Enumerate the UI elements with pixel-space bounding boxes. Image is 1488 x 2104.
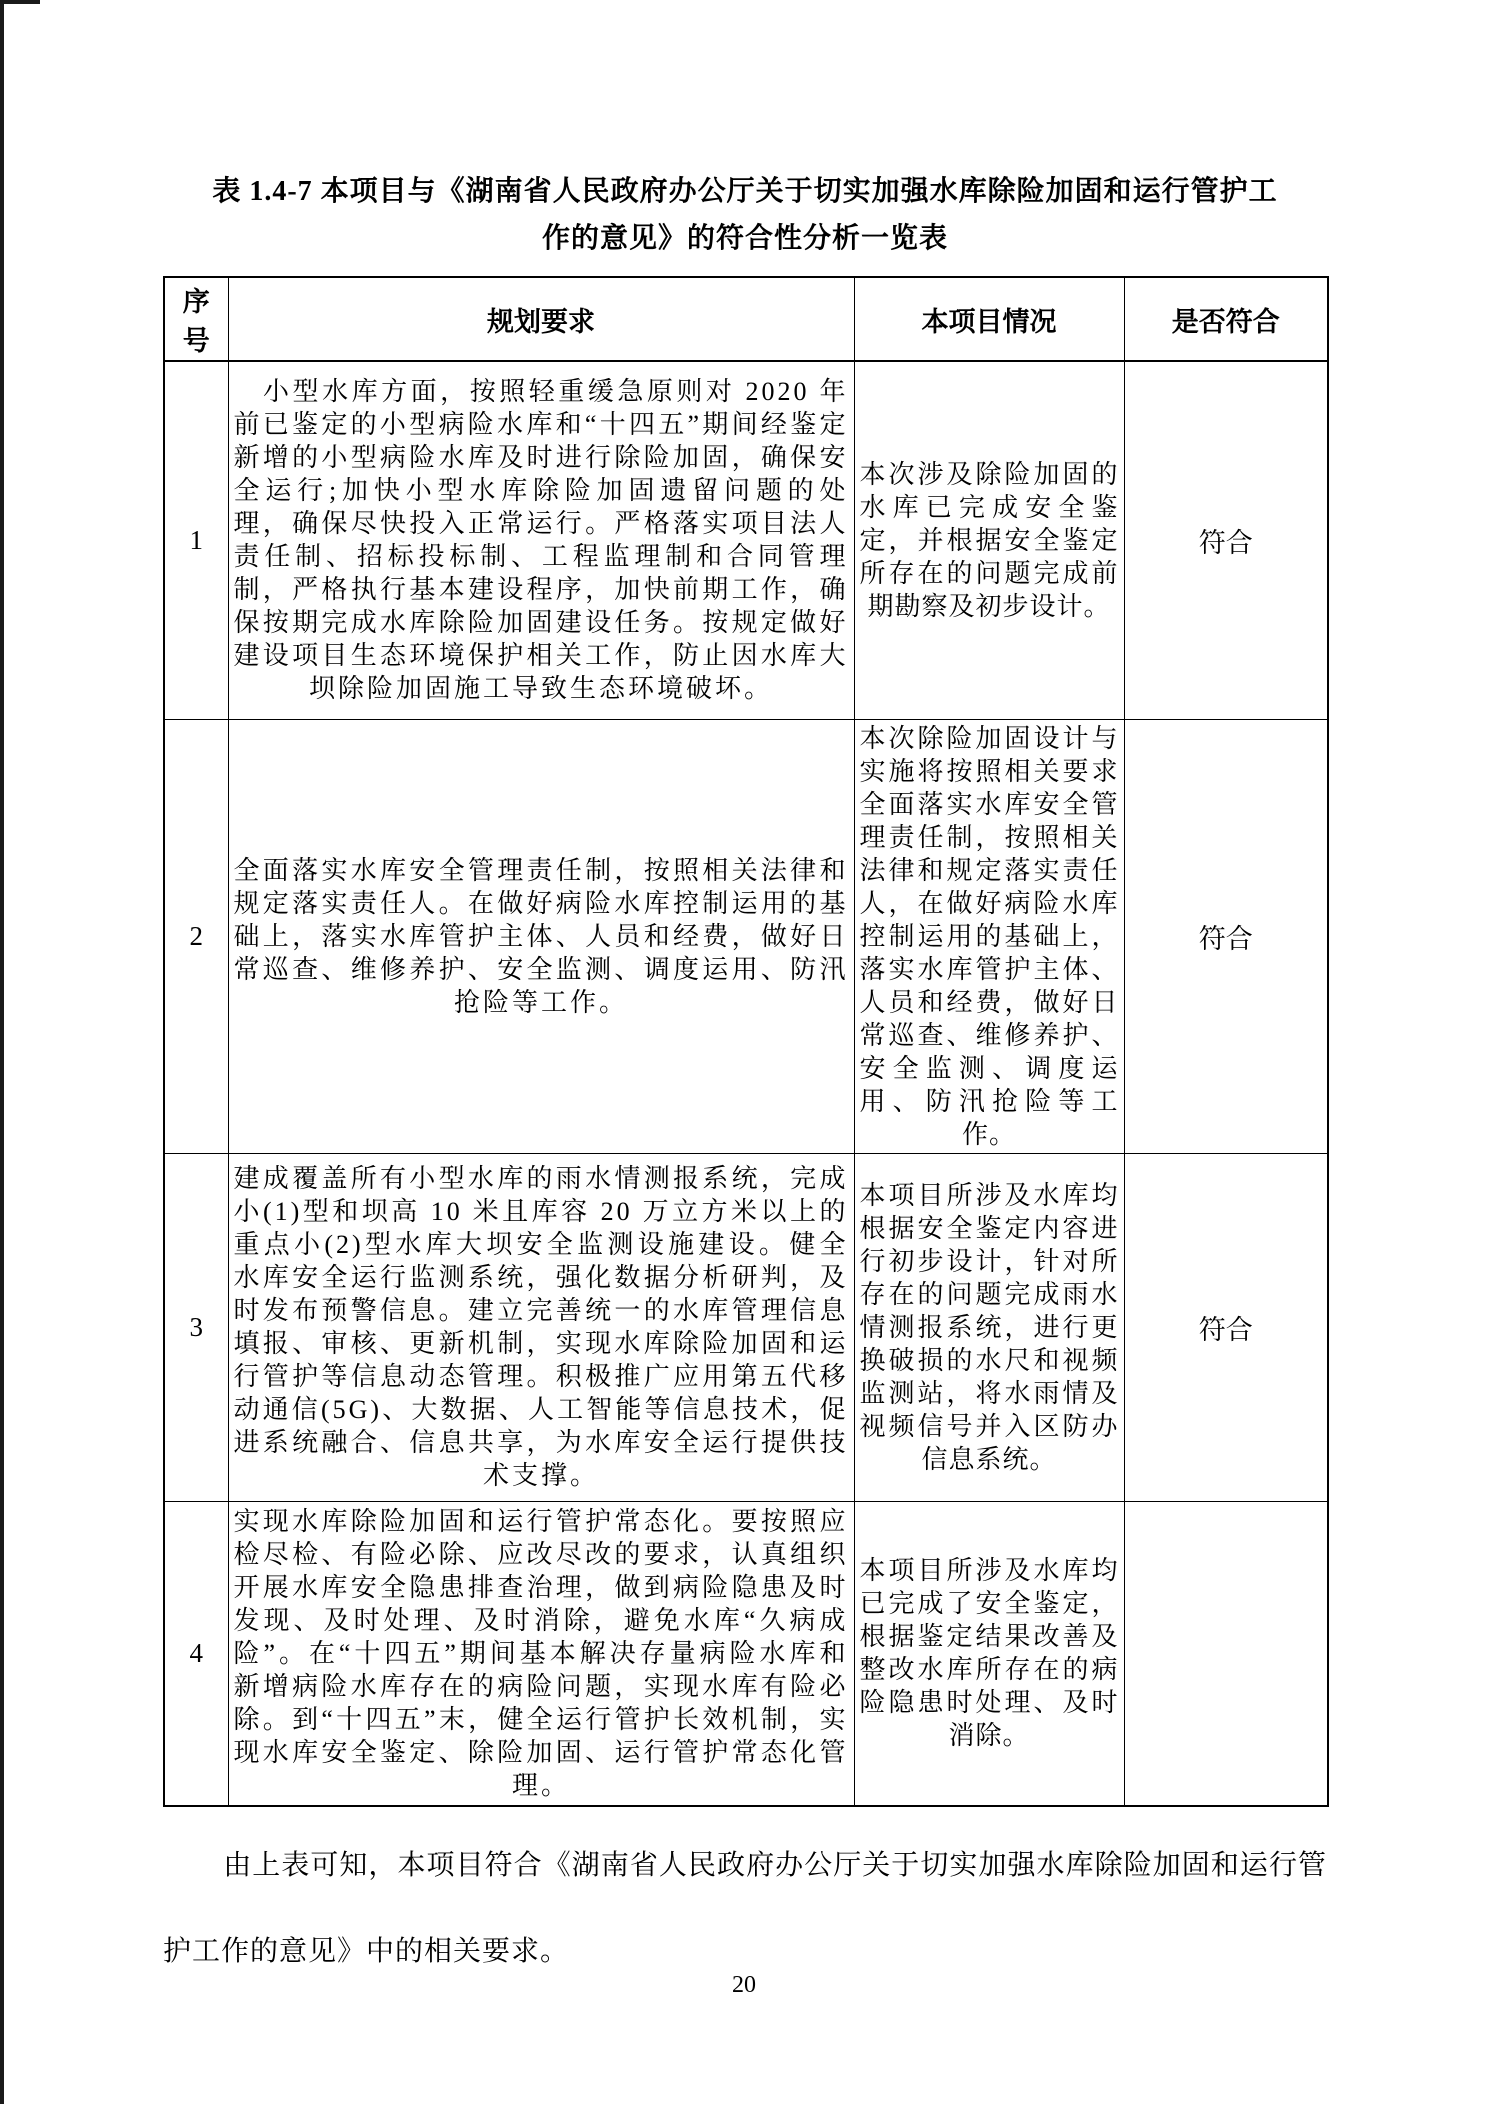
table-row: 3 建成覆盖所有小型水库的雨水情测报系统，完成小(1)型和坝高 10 米且库容 … — [164, 1153, 1328, 1501]
requirement-cell: 全面落实水库安全管理责任制，按照相关法律和规定落实责任人。在做好病险水库控制运用… — [228, 719, 854, 1153]
situation-cell: 本次涉及除险加固的水库已完成安全鉴定，并根据安全鉴定所存在的问题完成前期勘察及初… — [854, 361, 1124, 719]
requirement-cell: 小型水库方面，按照轻重缓急原则对 2020 年前已鉴定的小型病险水库和“十四五”… — [228, 361, 854, 719]
row-number-cell: 2 — [164, 719, 228, 1153]
table-row: 2 全面落实水库安全管理责任制，按照相关法律和规定落实责任人。在做好病险水库控制… — [164, 719, 1328, 1153]
compliance-table: 序号 规划要求 本项目情况 是否符合 1 小型水库方面，按照轻重缓急原则对 20… — [163, 276, 1329, 1807]
requirement-cell: 建成覆盖所有小型水库的雨水情测报系统，完成小(1)型和坝高 10 米且库容 20… — [228, 1153, 854, 1501]
row-number-cell: 4 — [164, 1501, 228, 1806]
compliance-cell: 符合 — [1124, 1153, 1328, 1501]
header-serial-number: 序号 — [164, 277, 228, 361]
scan-edge-artifact — [0, 0, 40, 4]
situation-cell: 本次除险加固设计与实施将按照相关要求全面落实水库安全管理责任制，按照相关法律和规… — [854, 719, 1124, 1153]
compliance-cell — [1124, 1501, 1328, 1806]
situation-cell: 本项目所涉及水库均已完成了安全鉴定，根据鉴定结果改善及整改水库所存在的病险隐患时… — [854, 1501, 1124, 1806]
scan-edge-artifact — [0, 0, 4, 2104]
header-compliance: 是否符合 — [1124, 277, 1328, 361]
compliance-cell: 符合 — [1124, 361, 1328, 719]
situation-cell: 本项目所涉及水库均根据安全鉴定内容进行初步设计，针对所存在的问题完成雨水情测报系… — [854, 1153, 1124, 1501]
table-row: 1 小型水库方面，按照轻重缓急原则对 2020 年前已鉴定的小型病险水库和“十四… — [164, 361, 1328, 719]
table-header-row: 序号 规划要求 本项目情况 是否符合 — [164, 277, 1328, 361]
requirement-cell: 实现水库除险加固和运行管护常态化。要按照应检尽检、有险必除、应改尽改的要求，认真… — [228, 1501, 854, 1806]
row-number-cell: 1 — [164, 361, 228, 719]
header-planning-requirement: 规划要求 — [228, 277, 854, 361]
compliance-cell: 符合 — [1124, 719, 1328, 1153]
table-row: 4 实现水库除险加固和运行管护常态化。要按照应检尽检、有险必除、应改尽改的要求，… — [164, 1501, 1328, 1806]
row-number-cell: 3 — [164, 1153, 228, 1501]
page-number: 20 — [0, 1972, 1488, 1999]
document-page: 表 1.4-7 本项目与《湖南省人民政府办公厅关于切实加强水库除险加固和运行管护… — [0, 0, 1488, 2104]
closing-paragraph: 由上表可知，本项目符合《湖南省人民政府办公厅关于切实加强水库除险加固和运行管护工… — [163, 1823, 1327, 1995]
header-project-situation: 本项目情况 — [854, 277, 1124, 361]
table-title: 表 1.4-7 本项目与《湖南省人民政府办公厅关于切实加强水库除险加固和运行管护… — [205, 168, 1285, 262]
page-content: 表 1.4-7 本项目与《湖南省人民政府办公厅关于切实加强水库除险加固和运行管护… — [163, 0, 1327, 1995]
